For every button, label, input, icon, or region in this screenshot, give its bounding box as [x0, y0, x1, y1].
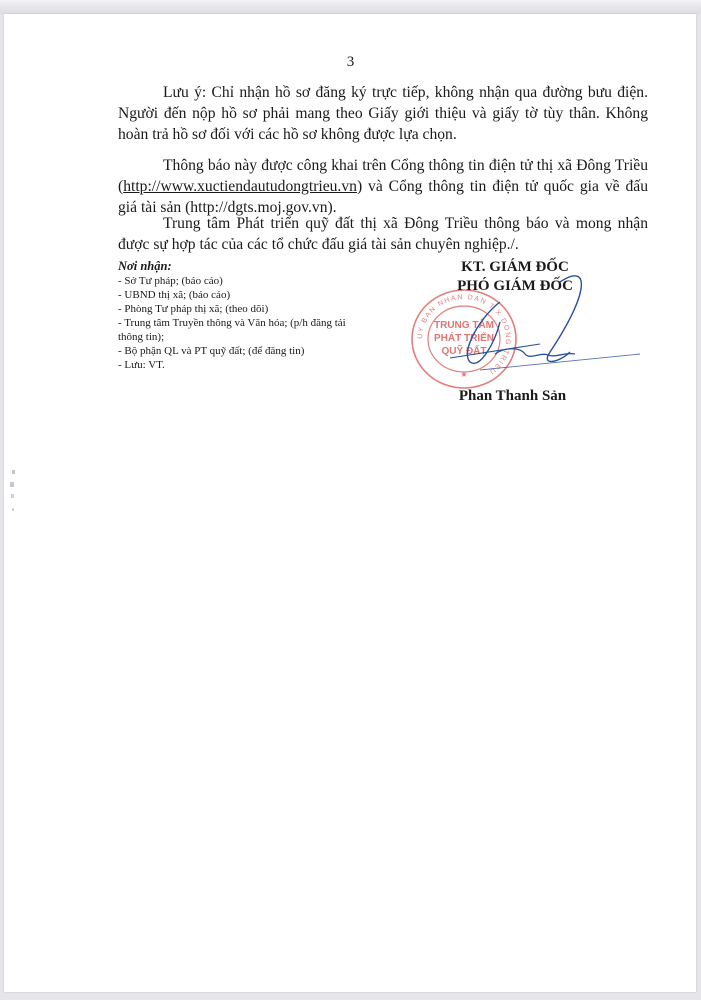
publication-paragraph: Thông báo này được công khai trên Cổng t…	[118, 155, 648, 218]
page-number: 3	[0, 54, 701, 71]
handwritten-signature-icon	[440, 262, 640, 392]
recipient-item: - Lưu: VT.	[118, 358, 368, 372]
recipient-item: - Sở Tư pháp; (báo cáo)	[118, 274, 368, 288]
website-link[interactable]: http://www.xuctiendautudongtrieu.vn	[123, 178, 357, 195]
viewer-top-edge	[0, 0, 701, 14]
recipient-item: - Trung tâm Truyền thông và Văn hóa; (p/…	[118, 316, 368, 344]
recipient-item: - Bộ phận QL và PT quỹ đất; (để đăng tin…	[118, 344, 368, 358]
recipients-list: Nơi nhận: - Sở Tư pháp; (báo cáo) - UBND…	[118, 259, 368, 372]
closing-paragraph: Trung tâm Phát triển quỹ đất thị xã Đông…	[118, 213, 648, 255]
recipient-item: - Phòng Tư pháp thị xã; (theo dõi)	[118, 302, 368, 316]
recipients-title: Nơi nhận:	[118, 259, 368, 274]
signer-name: Phan Thanh Sản	[405, 388, 620, 405]
recipient-item: - UBND thị xã; (báo cáo)	[118, 288, 368, 302]
scan-artifact-icon	[8, 450, 28, 520]
note-paragraph: Lưu ý: Chỉ nhận hồ sơ đăng ký trực tiếp,…	[118, 82, 648, 145]
